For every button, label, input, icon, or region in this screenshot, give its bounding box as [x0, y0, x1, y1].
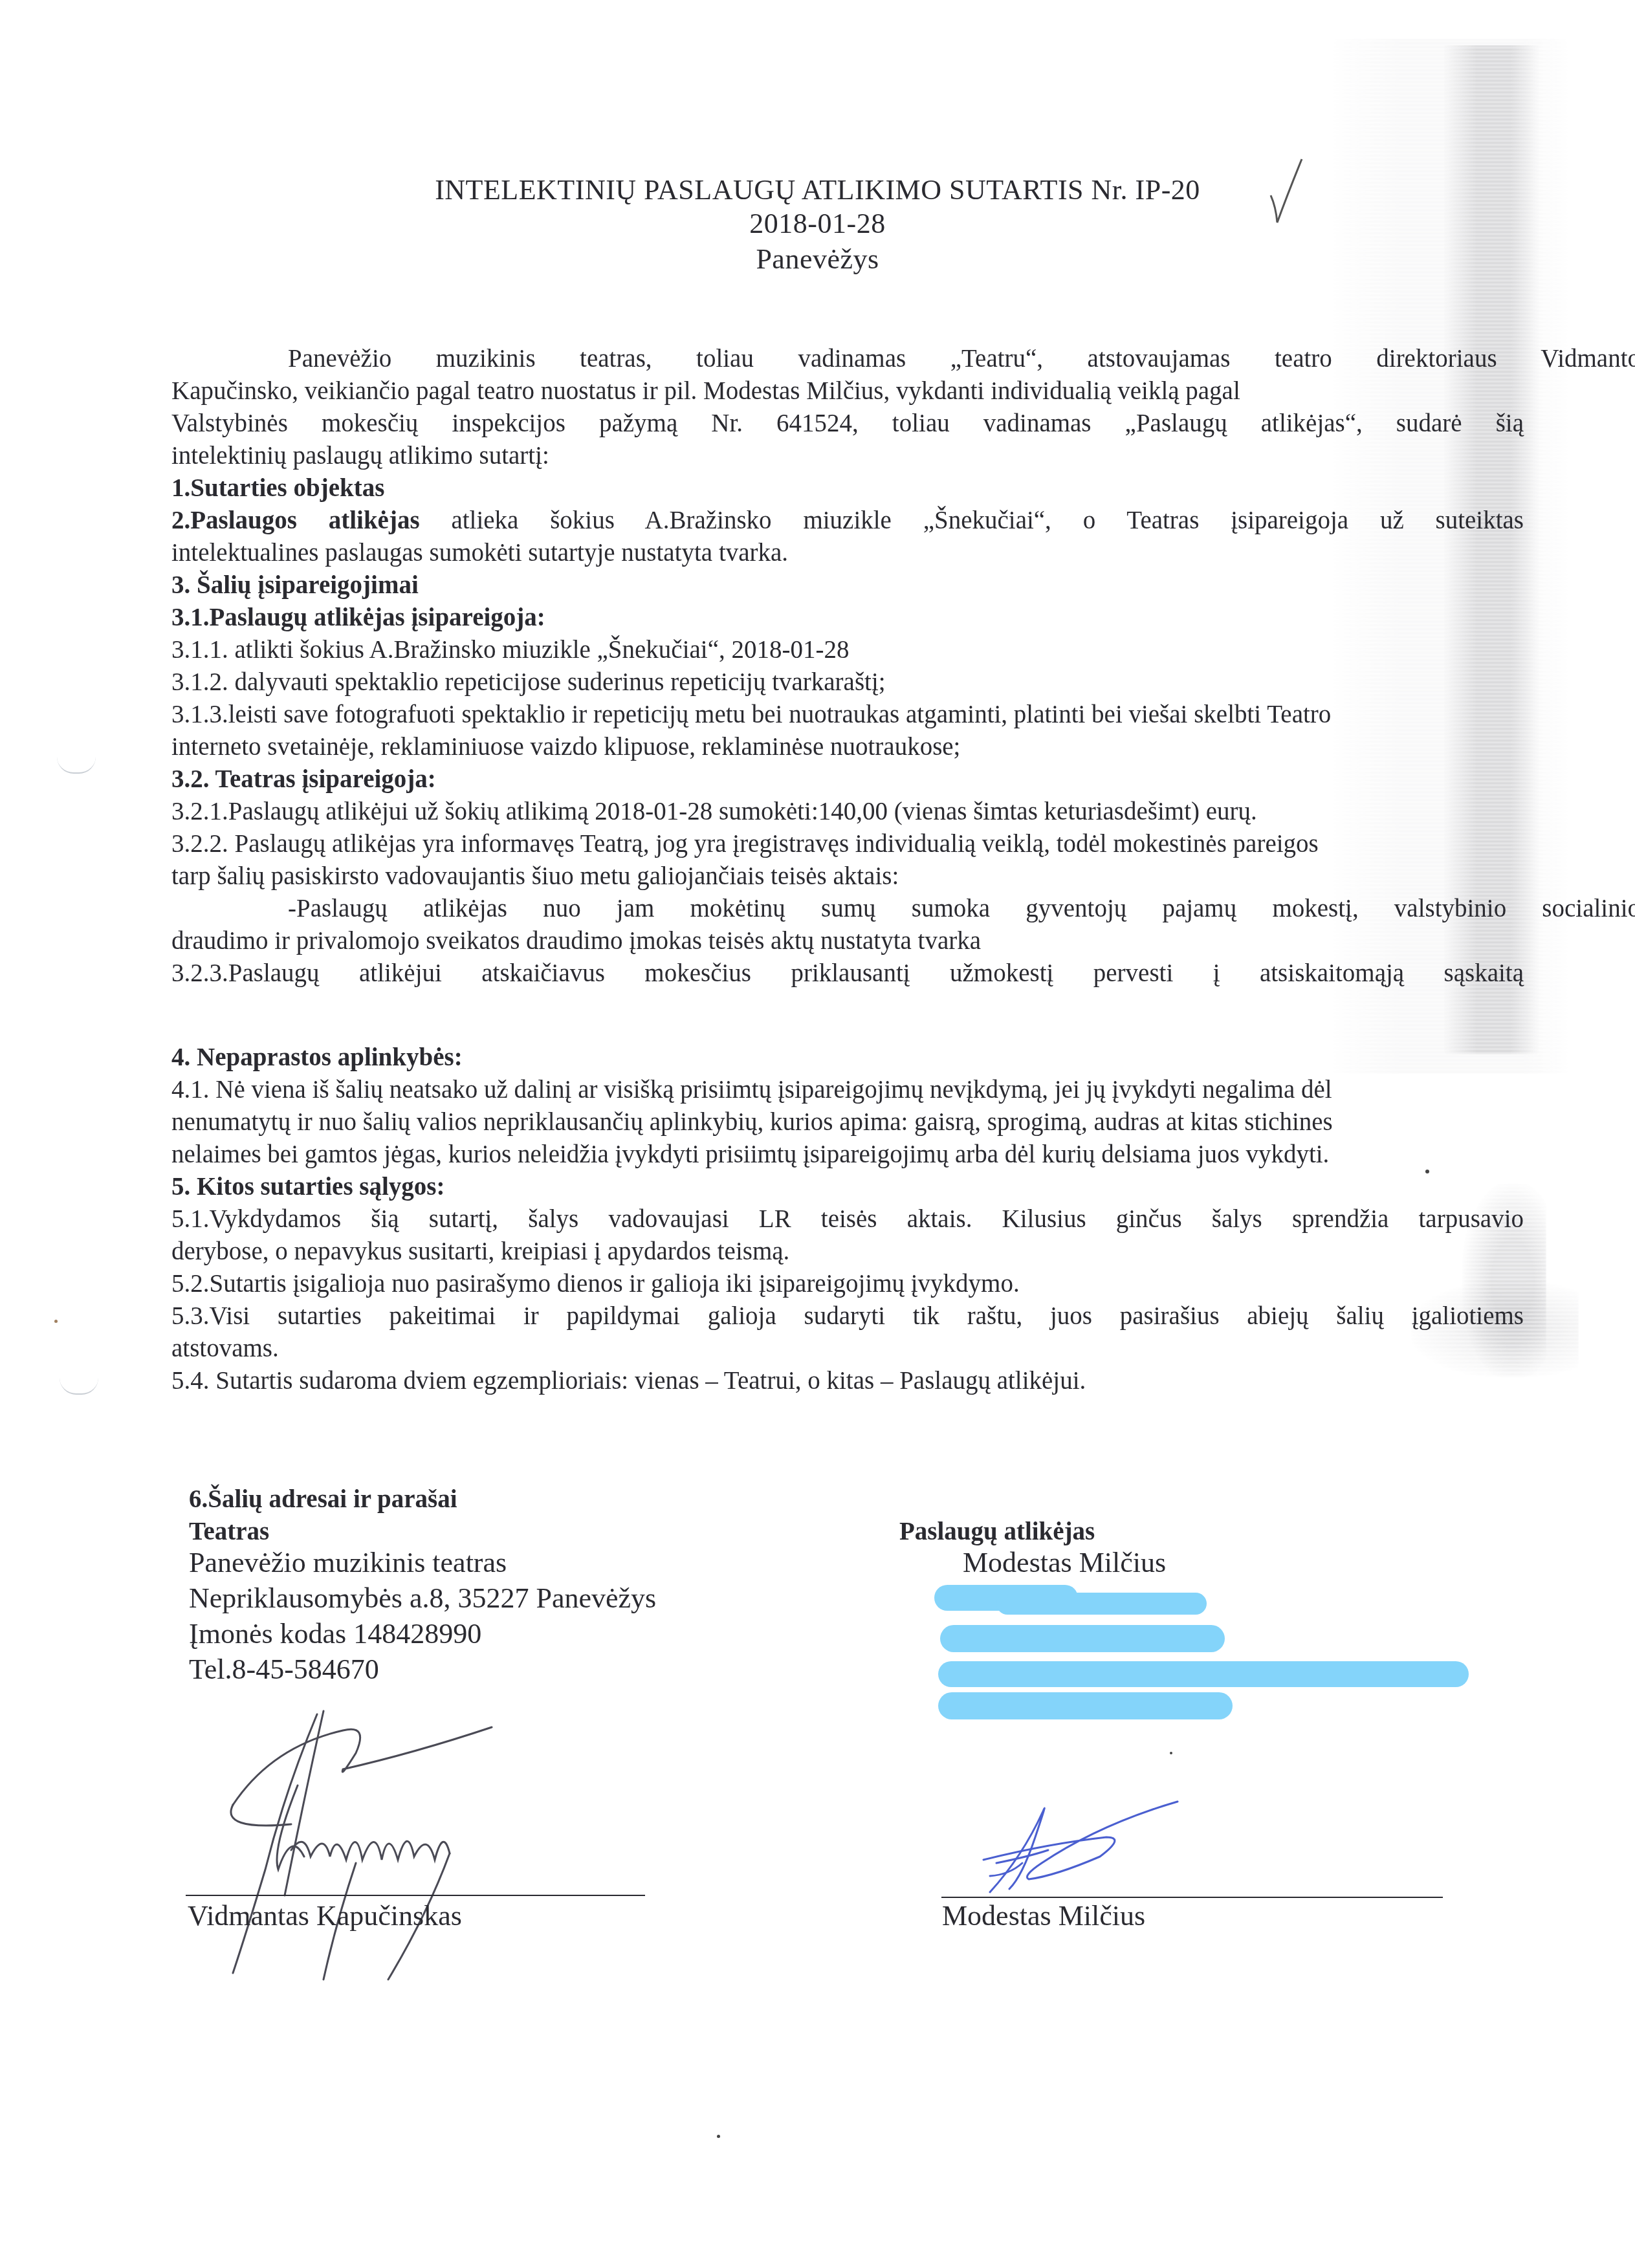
contract-title: INTELEKTINIŲ PASLAUGŲ ATLIKIMO SUTARTIS … — [0, 173, 1635, 206]
section-heading: 5. Kitos sutarties sąlygos: — [171, 1171, 1524, 1203]
clause: atstovams. — [171, 1333, 1524, 1365]
clause: 3.2.2. Paslaugų atlikėjas yra informavęs… — [171, 828, 1524, 860]
section-2-bold: 2.Paslaugos atlikėjas — [171, 507, 420, 534]
theatre-name: Panevėžio muzikinis teatras — [189, 1545, 507, 1580]
clause: 5.4. Sutartis sudaroma dviem egzempliori… — [171, 1365, 1524, 1397]
subsection-heading: 3.2. Teatras įsipareigoja: — [171, 763, 1524, 796]
speck — [1170, 1752, 1172, 1754]
signature-name-right: Modestas Milčius — [942, 1899, 1145, 1932]
clause: 5.3.Visi sutarties pakeitimai ir papildy… — [171, 1300, 1524, 1333]
clause: 5.2.Sutartis įsigalioja nuo pasirašymo d… — [171, 1268, 1524, 1300]
clause: 3.2.3.Paslaugų atlikėjui atskaičiavus mo… — [171, 957, 1524, 990]
theatre-phone: Tel.8-45-584670 — [189, 1652, 379, 1687]
addresses-heading: 6.Šalių adresai ir parašai — [189, 1481, 457, 1517]
theatre-label: Teatras — [189, 1514, 269, 1549]
section-heading: 3. Šalių įsipareigojimai — [171, 569, 1524, 602]
signature-performer — [971, 1798, 1242, 1895]
section-heading: 4. Nepaprastos aplinkybės: — [171, 1041, 1524, 1074]
redaction-bar — [938, 1661, 1469, 1687]
contract-date: 2018-01-28 — [0, 207, 1635, 240]
punch-hole-mark — [60, 1378, 98, 1395]
clause: nelaimes bei gamtos jėgas, kurios neleid… — [171, 1139, 1524, 1171]
punch-hole-mark — [57, 757, 96, 774]
theatre-address: Nepriklausomybės a.8, 35227 Panevėžys — [189, 1580, 656, 1616]
clause: draudimo ir privalomojo sveikatos draudi… — [171, 925, 1524, 957]
performer-name: Modestas Milčius — [963, 1545, 1166, 1580]
speck — [717, 2135, 720, 2138]
signature-director — [194, 1701, 660, 1986]
clause: 3.1.1. atlikti šokius A.Bražinsko miuzik… — [171, 634, 1524, 666]
signature-line-left — [186, 1895, 645, 1896]
redaction-bar — [996, 1593, 1207, 1615]
section-2-text: atlieka šokius A.Bražinsko miuzikle „Šne… — [420, 507, 1524, 534]
scanned-contract-page: INTELEKTINIŲ PASLAUGŲ ATLIKIMO SUTARTIS … — [0, 0, 1635, 2268]
performer-label: Paslaugų atlikėjas — [899, 1514, 1095, 1549]
redaction-bar — [938, 1692, 1233, 1719]
intro-line: Valstybinės mokesčių inspekcijos pažymą … — [171, 408, 1524, 440]
signature-name-left: Vidmantas Kapučinskas — [188, 1899, 462, 1932]
clause: interneto svetainėje, reklaminiuose vaiz… — [171, 731, 1524, 763]
intro-line: Panevėžio muzikinis teatras, toliau vadi… — [171, 343, 1635, 375]
section-2-line: intelektualines paslaugas sumokėti sutar… — [171, 537, 1524, 569]
clause: 4.1. Nė viena iš šalių neatsako už dalin… — [171, 1074, 1524, 1106]
clause: tarp šalių pasiskirsto vadovaujantis šiu… — [171, 860, 1524, 893]
subsection-heading: 3.1.Paslaugų atlikėjas įsipareigoja: — [171, 602, 1524, 634]
section-2-line: 2.Paslaugos atlikėjas atlieka šokius A.B… — [171, 505, 1524, 537]
contract-city: Panevėžys — [0, 243, 1635, 276]
theatre-company-code: Įmonės kodas 148428990 — [189, 1616, 481, 1652]
intro-line: Kapučinsko, veikiančio pagal teatro nuos… — [171, 375, 1524, 408]
redaction-bar — [940, 1625, 1225, 1652]
clause: -Paslaugų atlikėjas nuo jam mokėtinų sum… — [171, 893, 1635, 925]
clause: 3.1.2. dalyvauti spektaklio repeticijose… — [171, 666, 1524, 699]
section-heading: 1.Sutarties objektas — [171, 472, 1524, 505]
clause: 3.1.3.leisti save fotografuoti spektakli… — [171, 699, 1524, 731]
signature-line-right — [941, 1897, 1443, 1898]
speck — [54, 1320, 58, 1323]
clause: nenumatytų ir nuo šalių valios nepriklau… — [171, 1106, 1524, 1139]
clause: derybose, o nepavykus susitarti, kreipia… — [171, 1236, 1524, 1268]
intro-line: intelektinių paslaugų atlikimo sutartį: — [171, 440, 1524, 472]
clause: 5.1.Vykdydamos šią sutartį, šalys vadova… — [171, 1203, 1524, 1236]
clause: 3.2.1.Paslaugų atlikėjui už šokių atliki… — [171, 796, 1524, 828]
